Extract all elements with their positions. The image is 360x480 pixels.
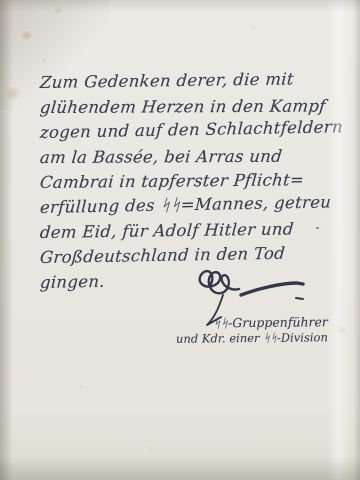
vignette-top-edge (0, 0, 360, 12)
rank-line-1: ᛋᛋ-Gruppenführer (176, 314, 328, 332)
dedication-line: Zum Gedenken derer, die mit (39, 66, 339, 95)
foxing-spot (250, 24, 257, 30)
dedication-line: erfüllung des ᛋᛋ=Mannes, getreu (39, 189, 339, 220)
foxing-spot (148, 446, 154, 451)
dedication-line: zogen und auf den Schlachtfeldern (39, 114, 339, 145)
signature-rank-block: ᛋᛋ-Gruppenführer und Kdr. einer ᛋᛋ-Divis… (176, 315, 328, 346)
vignette-left-edge (0, 0, 13, 480)
vignette-bottom-edge (0, 456, 360, 480)
dedication-line: am la Bassée, bei Arras und (39, 143, 340, 170)
foxing-spot (53, 6, 63, 15)
vignette-right-edge (353, 0, 360, 480)
document-photo: Zum Gedenken derer, die mit glühendem He… (0, 0, 360, 480)
foxing-spot (78, 384, 83, 389)
foxing-spot (20, 30, 33, 41)
rank-line-2: und Kdr. einer ᛋᛋ-Division (176, 330, 328, 347)
foxing-spot (41, 58, 47, 64)
foxing-spot (4, 86, 21, 101)
